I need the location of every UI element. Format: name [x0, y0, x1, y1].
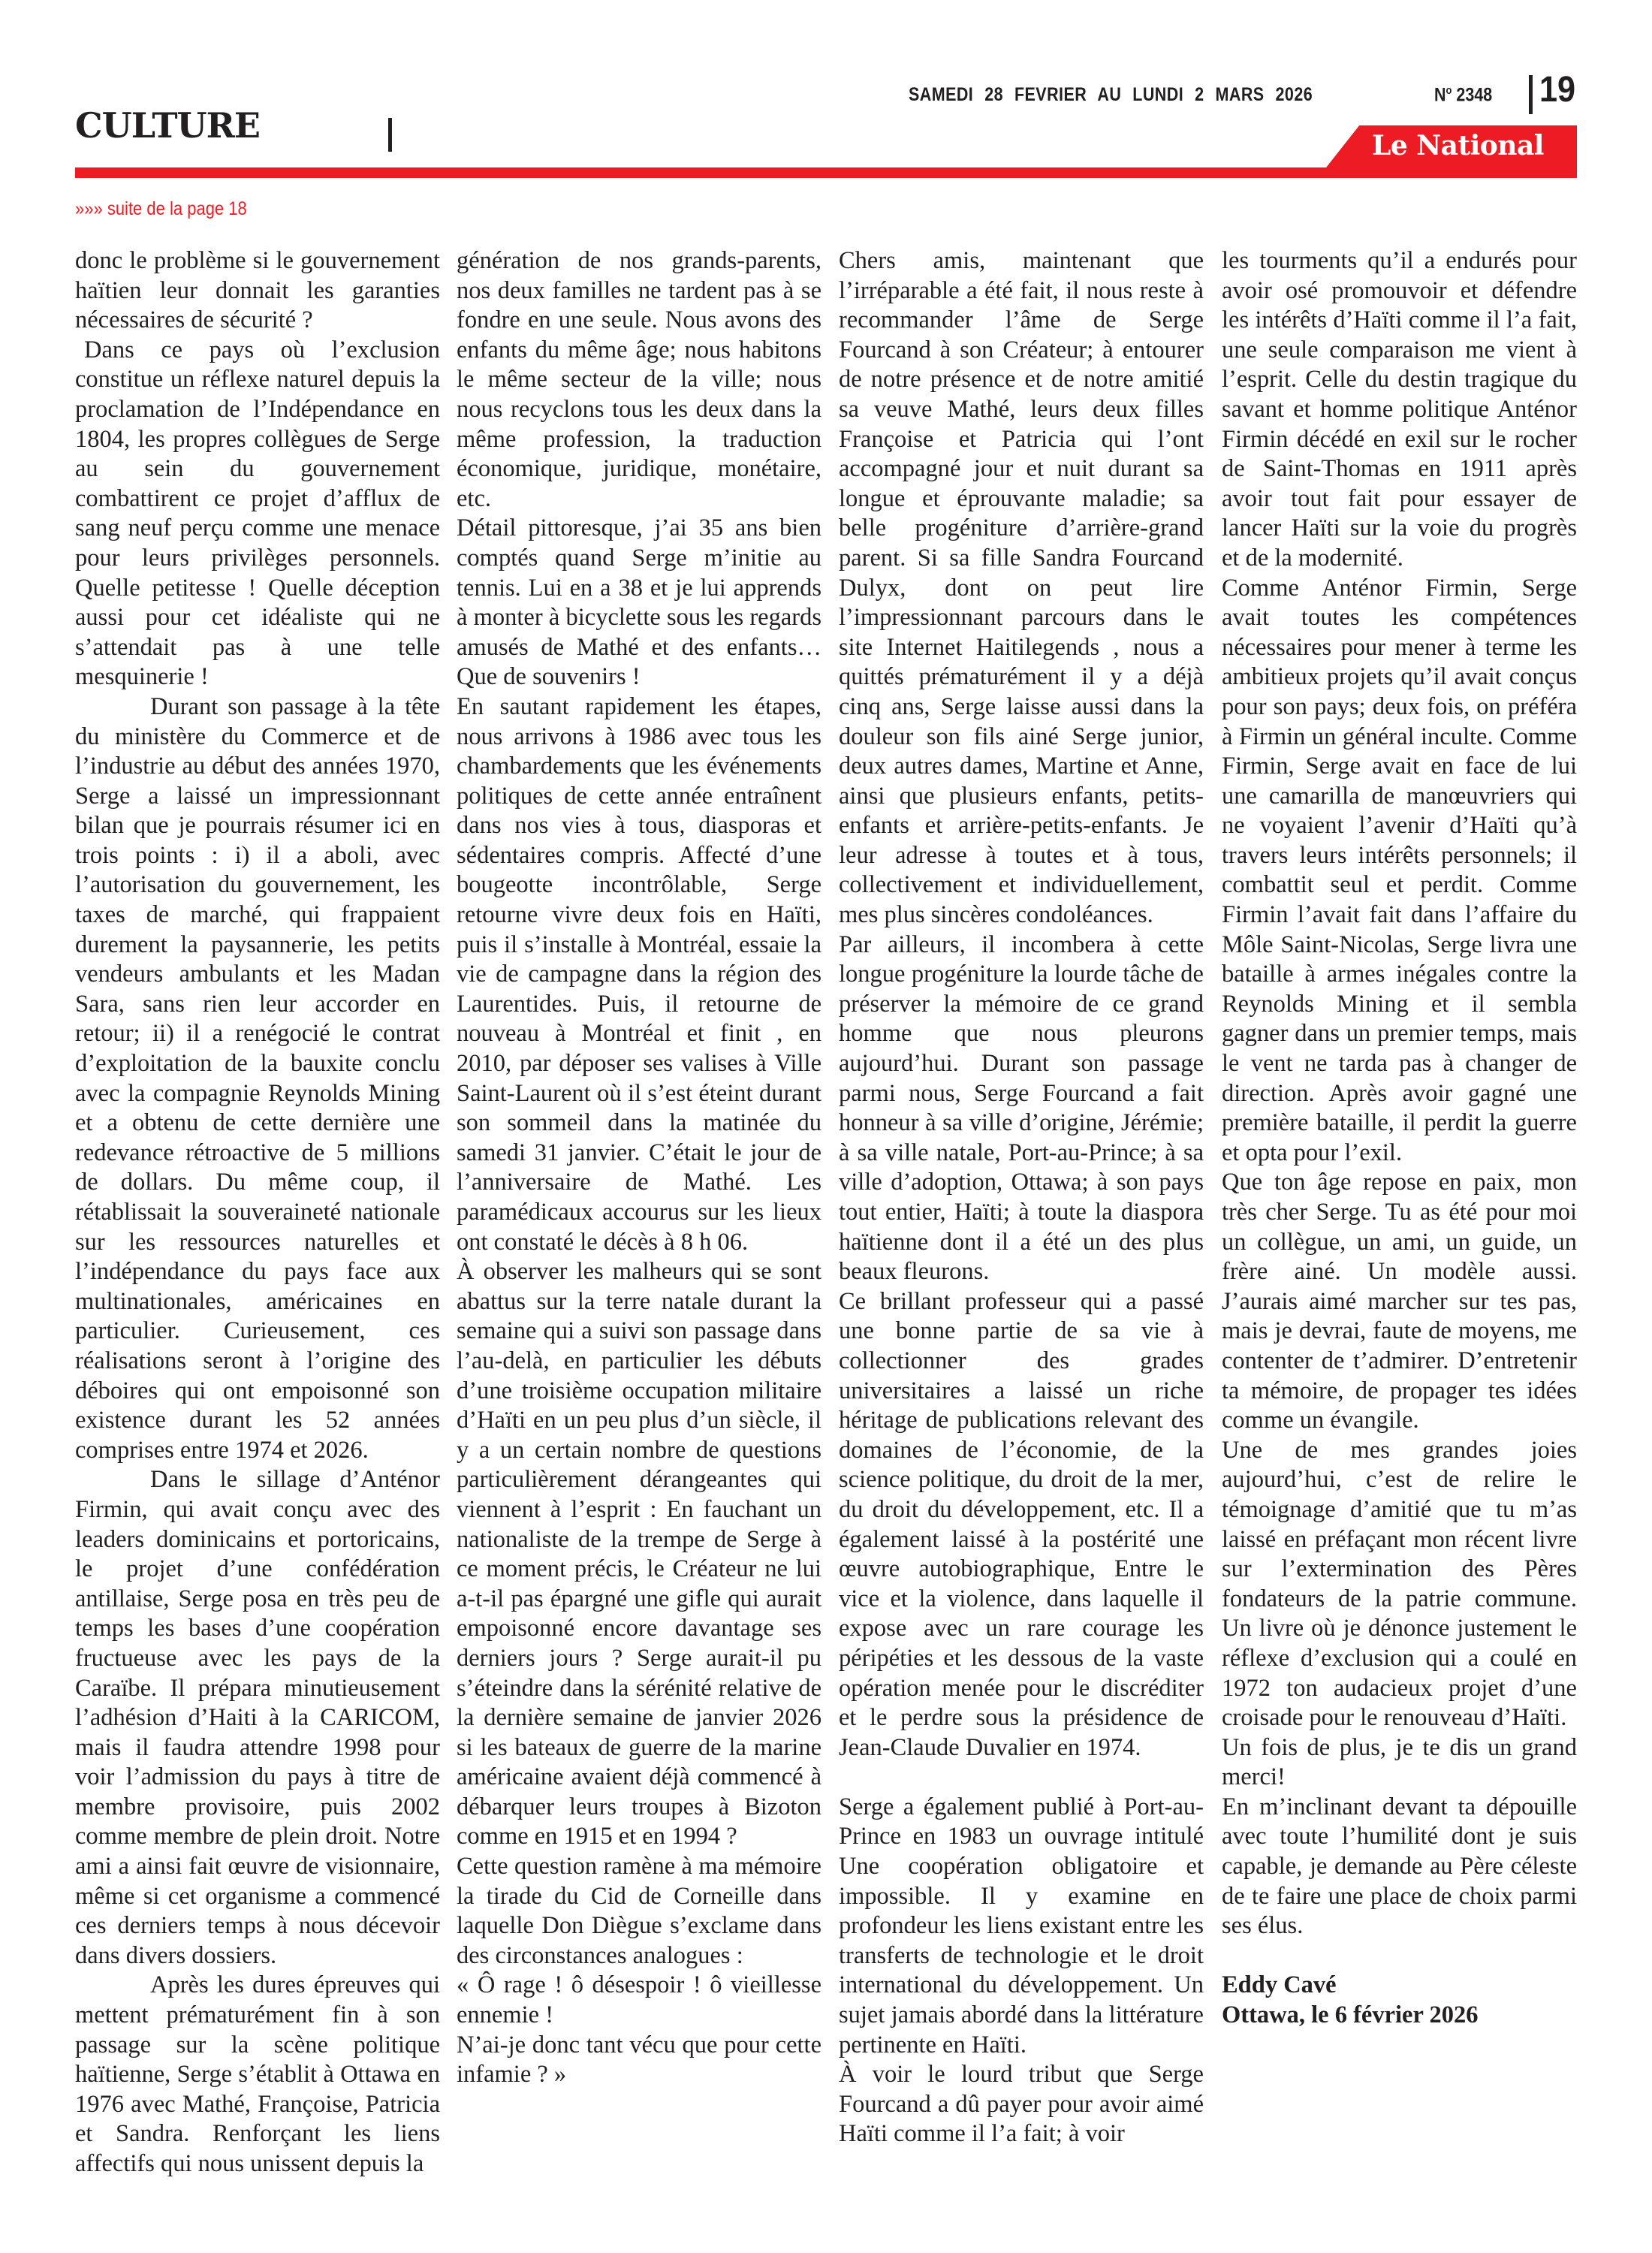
- article-paragraph: Dans le sillage d’Anténor Firmin, qui av…: [75, 1465, 440, 1971]
- paragraph-spacer: [839, 1763, 1204, 1793]
- article-paragraph: Cette question ramène à ma mémoire la ti…: [457, 1852, 821, 1971]
- article-paragraph: N’ai-je donc tant vécu que pour cette in…: [457, 2031, 821, 2090]
- article-paragraph: Ce brillant professeur qui a passé une b…: [839, 1287, 1204, 1763]
- article-paragraph: Par ailleurs, il incombera à cette longu…: [839, 930, 1204, 1287]
- author-name: Eddy Cavé: [1222, 1971, 1577, 2001]
- article-paragraph: donc le problème si le gouvernement haït…: [75, 246, 440, 336]
- article-paragraph: En sautant rapidement les étapes, nous a…: [457, 692, 821, 1257]
- article-paragraph: Durant son passage à la tête du ministèr…: [75, 692, 440, 1465]
- issue-value: 2348: [1456, 84, 1492, 105]
- article-paragraph: À observer les malheurs qui se sont abat…: [457, 1257, 821, 1852]
- section-title: CULTURE: [75, 105, 260, 146]
- article-paragraph: Après les dures épreuves qui mettent pré…: [75, 1971, 440, 2179]
- issue-number: No 2348: [1434, 84, 1492, 106]
- continued-from-link[interactable]: »»» suite de la page 18: [75, 198, 247, 220]
- article-column-3: Chers amis, maintenant que l’irréparable…: [839, 246, 1204, 2149]
- article-paragraph: Une de mes grandes joies aujourd’hui, c’…: [1222, 1436, 1577, 1733]
- issue-date: SAMEDI 28 FEVRIER AU LUNDI 2 MARS 2026: [909, 84, 1313, 106]
- paragraph-spacer: [1222, 1941, 1577, 1971]
- issue-sup: o: [1446, 84, 1452, 97]
- article-paragraph: Serge a également publié à Port-au-Princ…: [839, 1793, 1204, 2060]
- article-paragraph: En m’inclinant devant ta dépouille avec …: [1222, 1793, 1577, 1941]
- article-column-2: génération de nos grands-parents, nos de…: [457, 246, 821, 2090]
- article-paragraph: Chers amis, maintenant que l’irréparable…: [839, 246, 1204, 930]
- article-column-4: les tourments qu’il a endurés pour avoir…: [1222, 246, 1577, 2031]
- issue-prefix: N: [1434, 84, 1446, 105]
- author-place-date: Ottawa, le 6 février 2026: [1222, 2001, 1577, 2031]
- masthead-logo: Le National: [1372, 130, 1544, 161]
- header-divider: [1529, 75, 1533, 114]
- article-paragraph: Dans ce pays où l’exclusion constitue un…: [75, 336, 440, 692]
- article-paragraph: Détail pittoresque, j’ai 35 ans bien com…: [457, 514, 821, 692]
- article-paragraph: Comme Anténor Firmin, Serge avait toutes…: [1222, 574, 1577, 1169]
- article-body: donc le problème si le gouvernement haït…: [75, 246, 1577, 2214]
- article-paragraph: génération de nos grands-parents, nos de…: [457, 246, 821, 514]
- article-paragraph: « Ô rage ! ô désespoir ! ô vieillesse en…: [457, 1971, 821, 2030]
- article-paragraph: Que ton âge repose en paix, mon très che…: [1222, 1168, 1577, 1435]
- page-number: 19: [1539, 69, 1575, 110]
- section-divider: [388, 118, 392, 152]
- header-rule: [75, 167, 1352, 178]
- column-4-paragraphs: les tourments qu’il a endurés pour avoir…: [1222, 246, 1577, 1971]
- article-paragraph: les tourments qu’il a endurés pour avoir…: [1222, 246, 1577, 574]
- article-paragraph: À voir le lourd tribut que Serge Fourcan…: [839, 2060, 1204, 2149]
- article-column-1: donc le problème si le gouvernement haït…: [75, 246, 440, 2179]
- article-paragraph: Un fois de plus, je te dis un grand merc…: [1222, 1733, 1577, 1793]
